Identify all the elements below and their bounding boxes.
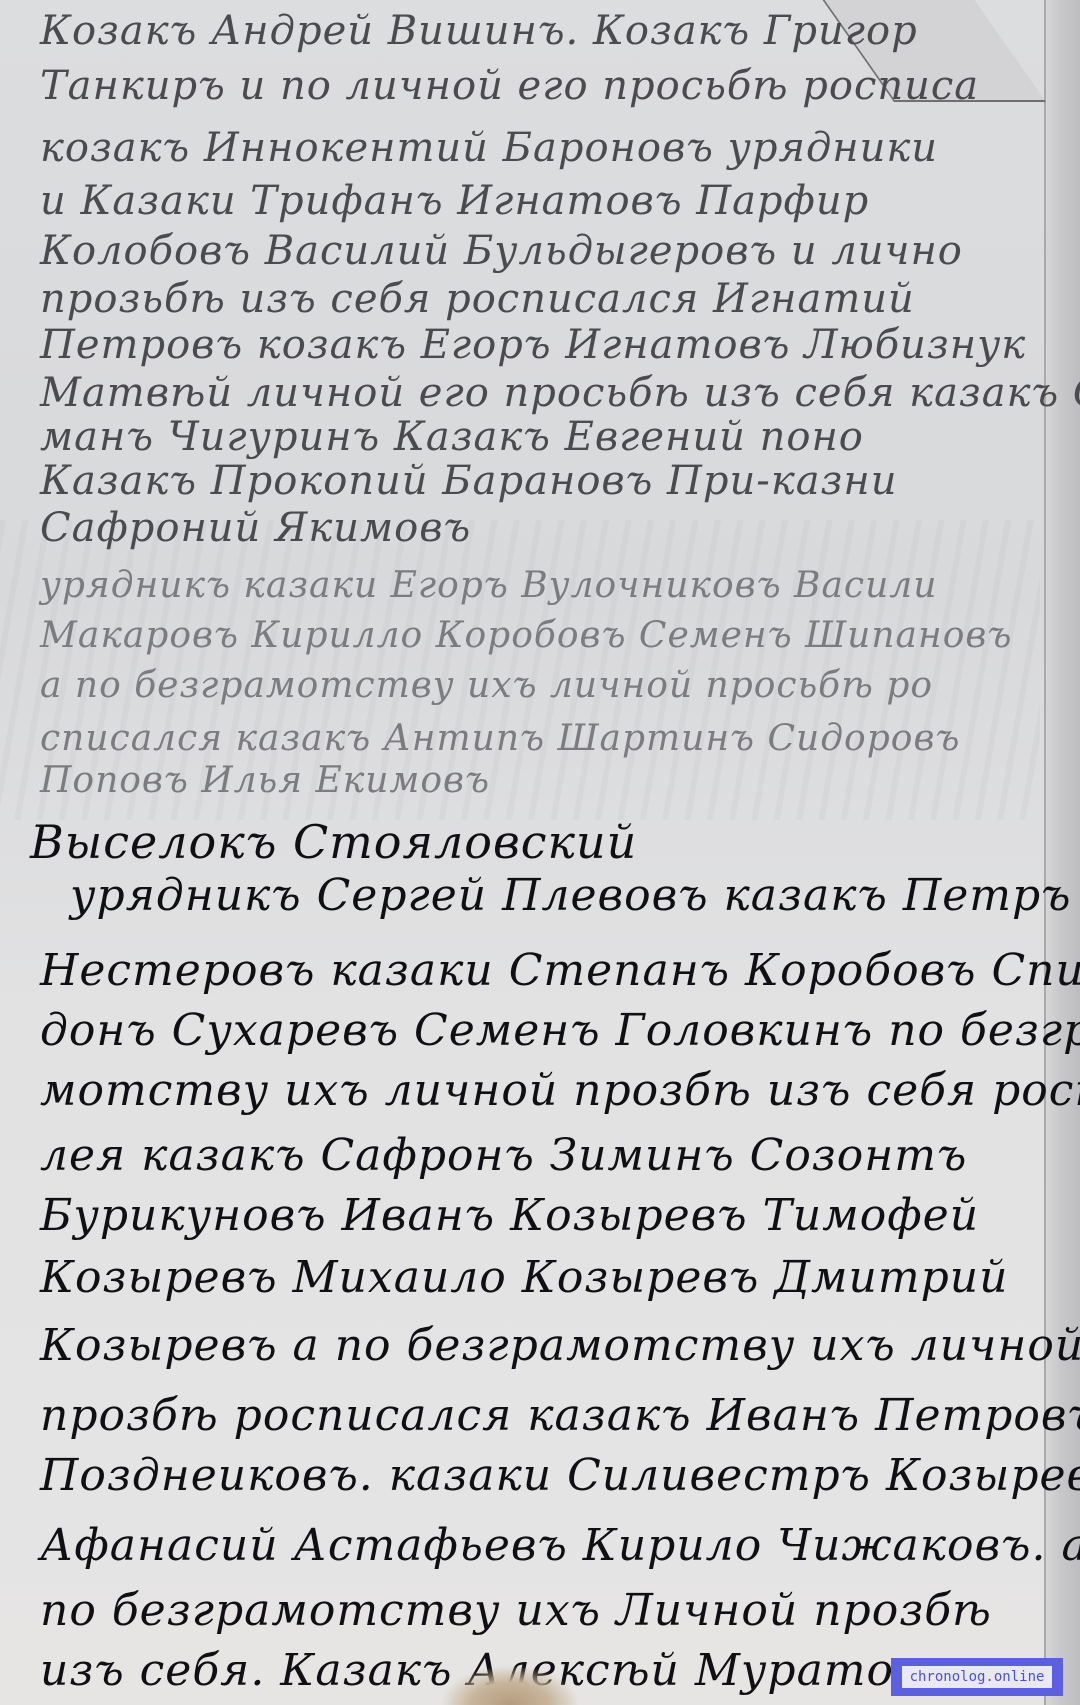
text-line: Бурикуновъ Иванъ Козыревъ Тимофей bbox=[40, 1190, 979, 1241]
text-line: мотству ихъ личной прозбѣ изъ себя роспи… bbox=[40, 1065, 1080, 1116]
text-line: козакъ Иннокентий Бароновъ урядники bbox=[40, 125, 938, 171]
text-line: Козыревъ а по безграмотству ихъ личной bbox=[40, 1320, 1080, 1371]
paper-tear bbox=[440, 1665, 580, 1705]
text-line: прозьбѣ изъ себя росписался Игнатий bbox=[40, 276, 915, 322]
text-line: Петровъ козакъ Егоръ Игнатовъ Любизнук bbox=[40, 322, 1026, 368]
text-line: Танкиръ и по личной его просьбѣ росписа bbox=[40, 63, 979, 109]
text-line: Матвѣй личной его просьбѣ изъ себя казак… bbox=[40, 370, 1080, 416]
text-line: манъ Чигуринъ Казакъ Евгений поно bbox=[40, 414, 864, 460]
watermark-badge: chronolog.online bbox=[891, 1658, 1063, 1696]
text-line: прозбѣ росписался казакъ Иванъ Петровъ bbox=[40, 1390, 1080, 1441]
watermark-text: chronolog.online bbox=[902, 1666, 1053, 1688]
text-line: Сафроний Якимовъ bbox=[40, 505, 471, 551]
text-line: Козыревъ Михаило Козыревъ Дмитрий bbox=[40, 1252, 1008, 1303]
text-line: урядникъ Сергей Плевовъ казакъ Петръ bbox=[70, 870, 1072, 921]
section-heading: Выселокъ Стояловский bbox=[30, 815, 637, 869]
text-line: Козакъ Андрей Вишинъ. Козакъ Григор bbox=[40, 8, 918, 54]
text-line: Колобовъ Василий Бульдыгеровъ и лично bbox=[40, 228, 963, 274]
text-line: Нестеровъ казаки Степанъ Коробовъ Спири bbox=[40, 945, 1080, 996]
text-line: Макаровъ Кирилло Коробовъ Семенъ Шипанов… bbox=[40, 615, 1012, 656]
text-line: а по безграмотству ихъ личной просьбѣ ро bbox=[40, 665, 933, 706]
text-line: списался казакъ Антипъ Шартинъ Сидоровъ bbox=[40, 718, 960, 759]
text-line: по безграмотству ихъ Личной прозбѣ bbox=[40, 1585, 992, 1636]
text-line: и Казаки Трифанъ Игнатовъ Парфир bbox=[40, 178, 869, 224]
text-line: Афанасий Астафьевъ Кирило Чижаковъ. а bbox=[40, 1520, 1080, 1571]
text-line: Казакъ Прокопий Барановъ При-казни bbox=[40, 458, 897, 504]
text-line: донъ Сухаревъ Семенъ Головкинъ по безгра… bbox=[40, 1005, 1080, 1056]
text-line: Позднеиковъ. казаки Силивестръ Козыревъ bbox=[40, 1450, 1080, 1501]
text-line: Поповъ Илья Екимовъ bbox=[40, 760, 490, 801]
document-photo: Козакъ Андрей Вишинъ. Козакъ Григор Танк… bbox=[0, 0, 1080, 1705]
text-line: лея казакъ Сафронъ Зиминъ Созонтъ bbox=[40, 1130, 967, 1181]
text-line: урядникъ казаки Егоръ Вулочниковъ Васили bbox=[40, 565, 937, 606]
